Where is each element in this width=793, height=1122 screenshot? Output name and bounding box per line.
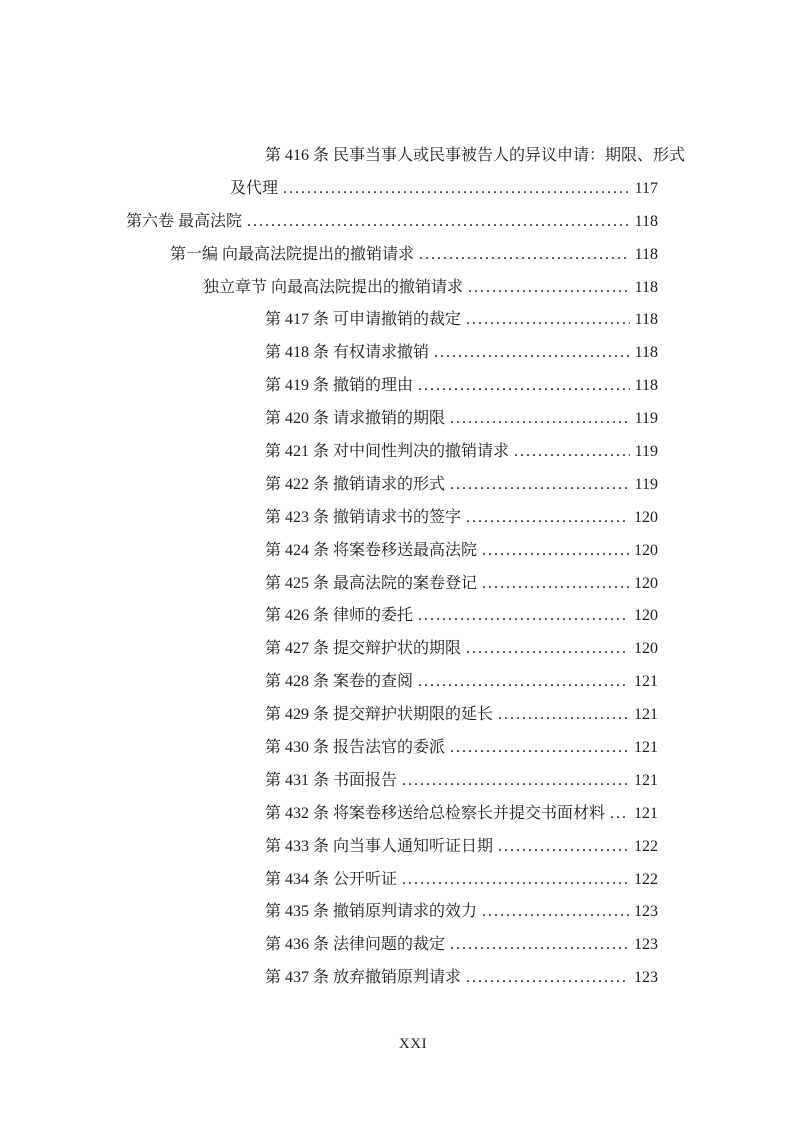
- toc-entry-page: 119: [635, 436, 658, 469]
- toc-leader-dots: [247, 206, 630, 239]
- toc-entry: 第 436 条 法律问题的裁定 123: [0, 929, 793, 962]
- toc-leader-dots: [283, 173, 630, 206]
- toc-entry-page: 118: [635, 304, 658, 337]
- toc-entry-page: 122: [634, 864, 658, 897]
- toc-leader-dots: [434, 337, 630, 370]
- toc-leader-dots: [450, 929, 629, 962]
- toc-leader-dots: [450, 403, 630, 436]
- toc-leader-dots: [418, 666, 629, 699]
- toc-entry-label: 第 429 条 提交辩护状期限的延长: [265, 699, 493, 732]
- toc-entry: 第 429 条 提交辩护状期限的延长 121: [0, 699, 793, 732]
- toc-entry: 第 422 条 撤销请求的形式 119: [0, 469, 793, 502]
- toc-leader-dots: [418, 600, 629, 633]
- toc-entry-page: 121: [634, 666, 658, 699]
- toc-entry-label: 第六卷 最高法院: [126, 206, 242, 239]
- toc-entry-page: 118: [635, 337, 658, 370]
- toc-entry: 第 434 条 公开听证 122: [0, 864, 793, 897]
- toc-entry-page: 117: [635, 173, 658, 206]
- toc-leader-dots: [466, 304, 630, 337]
- toc-entry-label: 第 425 条 最高法院的案卷登记: [265, 568, 477, 601]
- toc-leader-dots: [466, 502, 629, 535]
- toc-entry-label: 第一编 向最高法院提出的撤销请求: [170, 239, 414, 272]
- toc-leader-dots: [466, 962, 629, 995]
- toc-leader-dots: [514, 436, 630, 469]
- toc-entry-label: 第 421 条 对中间性判决的撤销请求: [265, 436, 509, 469]
- toc-entry-label: 第 419 条 撤销的理由: [265, 370, 413, 403]
- toc-entry-page: 119: [635, 469, 658, 502]
- toc-entry-page: 118: [635, 206, 658, 239]
- toc-entry-label: 第 427 条 提交辩护状的期限: [265, 633, 461, 666]
- toc-entry: 第 417 条 可申请撤销的裁定 118: [0, 304, 793, 337]
- toc-entry: 第 428 条 案卷的查阅 121: [0, 666, 793, 699]
- toc-entry-label: 第 432 条 将案卷移送给总检察长并提交书面材料: [265, 798, 605, 831]
- toc-entry-label: 第 418 条 有权请求撤销: [265, 337, 429, 370]
- toc-entry: 第 421 条 对中间性判决的撤销请求 119: [0, 436, 793, 469]
- toc-entry-page: 122: [634, 831, 658, 864]
- toc-entry: 第 430 条 报告法官的委派 121: [0, 732, 793, 765]
- toc-leader-dots: [419, 239, 630, 272]
- toc-entry: 第 435 条 撤销原判请求的效力 123: [0, 896, 793, 929]
- toc-entry-page: 118: [635, 239, 658, 272]
- toc-entry-label: 第 416 条 民事当事人或民事被告人的异议申请：期限、形式: [265, 140, 685, 173]
- toc-entry-label: 第 426 条 律师的委托: [265, 600, 413, 633]
- toc-entry-page: 118: [635, 370, 658, 403]
- toc-entry: 第 437 条 放弃撤销原判请求 123: [0, 962, 793, 995]
- toc-entry-label: 第 422 条 撤销请求的形式: [265, 469, 445, 502]
- toc-leader-dots: [468, 272, 630, 305]
- toc-entry-page: 118: [635, 272, 658, 305]
- toc-entry: 第 426 条 律师的委托 120: [0, 600, 793, 633]
- toc-leader-dots: [482, 568, 629, 601]
- toc-entry-page: 121: [634, 732, 658, 765]
- toc-leader-dots: [482, 896, 629, 929]
- toc-entry: 第一编 向最高法院提出的撤销请求 118: [0, 239, 793, 272]
- toc-entry: 独立章节 向最高法院提出的撤销请求 118: [0, 272, 793, 305]
- toc-entry-page: 123: [634, 929, 658, 962]
- toc-leader-dots: [466, 633, 629, 666]
- toc-entry-page: 120: [634, 600, 658, 633]
- toc-entry-page: 121: [634, 798, 658, 831]
- toc-leader-dots: [450, 469, 630, 502]
- toc-entry: 第 418 条 有权请求撤销 118: [0, 337, 793, 370]
- toc-entry: 第 432 条 将案卷移送给总检察长并提交书面材料 121: [0, 798, 793, 831]
- toc-leader-dots: [498, 699, 629, 732]
- toc-entry-label: 第 435 条 撤销原判请求的效力: [265, 896, 477, 929]
- toc-entry-label: 及代理: [230, 173, 278, 206]
- toc-entry: 第 416 条 民事当事人或民事被告人的异议申请：期限、形式: [0, 140, 793, 173]
- toc-entry-label: 第 420 条 请求撤销的期限: [265, 403, 445, 436]
- toc-entry-page: 119: [635, 403, 658, 436]
- toc-list: 第 416 条 民事当事人或民事被告人的异议申请：期限、形式 及代理 117 第…: [0, 140, 793, 995]
- toc-leader-dots: [402, 864, 629, 897]
- toc-entry-page: 121: [634, 699, 658, 732]
- toc-entry-label: 第 423 条 撤销请求书的签字: [265, 502, 461, 535]
- toc-entry: 第 419 条 撤销的理由 118: [0, 370, 793, 403]
- toc-entry-page: 121: [634, 765, 658, 798]
- toc-entry: 第 427 条 提交辩护状的期限 120: [0, 633, 793, 666]
- toc-entry: 第 420 条 请求撤销的期限 119: [0, 403, 793, 436]
- toc-leader-dots: [402, 765, 629, 798]
- toc-leader-dots: [610, 798, 629, 831]
- toc-entry: 第 423 条 撤销请求书的签字 120: [0, 502, 793, 535]
- toc-entry-label: 第 434 条 公开听证: [265, 864, 397, 897]
- toc-entry-page: 120: [634, 633, 658, 666]
- toc-entry-label: 第 431 条 书面报告: [265, 765, 397, 798]
- toc-entry: 第 433 条 向当事人通知听证日期 122: [0, 831, 793, 864]
- toc-entry-label: 独立章节 向最高法院提出的撤销请求: [203, 272, 463, 305]
- toc-entry: 第 425 条 最高法院的案卷登记 120: [0, 568, 793, 601]
- toc-entry-label: 第 417 条 可申请撤销的裁定: [265, 304, 461, 337]
- toc-leader-dots: [498, 831, 629, 864]
- toc-leader-dots: [482, 535, 629, 568]
- toc-entry: 第六卷 最高法院 118: [0, 206, 793, 239]
- toc-entry-label: 第 436 条 法律问题的裁定: [265, 929, 445, 962]
- toc-entry-page: 120: [634, 502, 658, 535]
- toc-entry-label: 第 437 条 放弃撤销原判请求: [265, 962, 461, 995]
- toc-entry-page: 120: [634, 535, 658, 568]
- toc-entry: 第 424 条 将案卷移送最高法院 120: [0, 535, 793, 568]
- toc-entry-label: 第 424 条 将案卷移送最高法院: [265, 535, 477, 568]
- page-number: XXI: [33, 1036, 793, 1052]
- toc-entry: 及代理 117: [0, 173, 793, 206]
- toc-entry-page: 123: [634, 896, 658, 929]
- toc-entry-page: 120: [634, 568, 658, 601]
- toc-entry-label: 第 433 条 向当事人通知听证日期: [265, 831, 493, 864]
- toc-leader-dots: [418, 370, 630, 403]
- toc-entry: 第 431 条 书面报告 121: [0, 765, 793, 798]
- toc-entry-label: 第 428 条 案卷的查阅: [265, 666, 413, 699]
- toc-leader-dots: [450, 732, 629, 765]
- toc-entry-label: 第 430 条 报告法官的委派: [265, 732, 445, 765]
- toc-entry-page: 123: [634, 962, 658, 995]
